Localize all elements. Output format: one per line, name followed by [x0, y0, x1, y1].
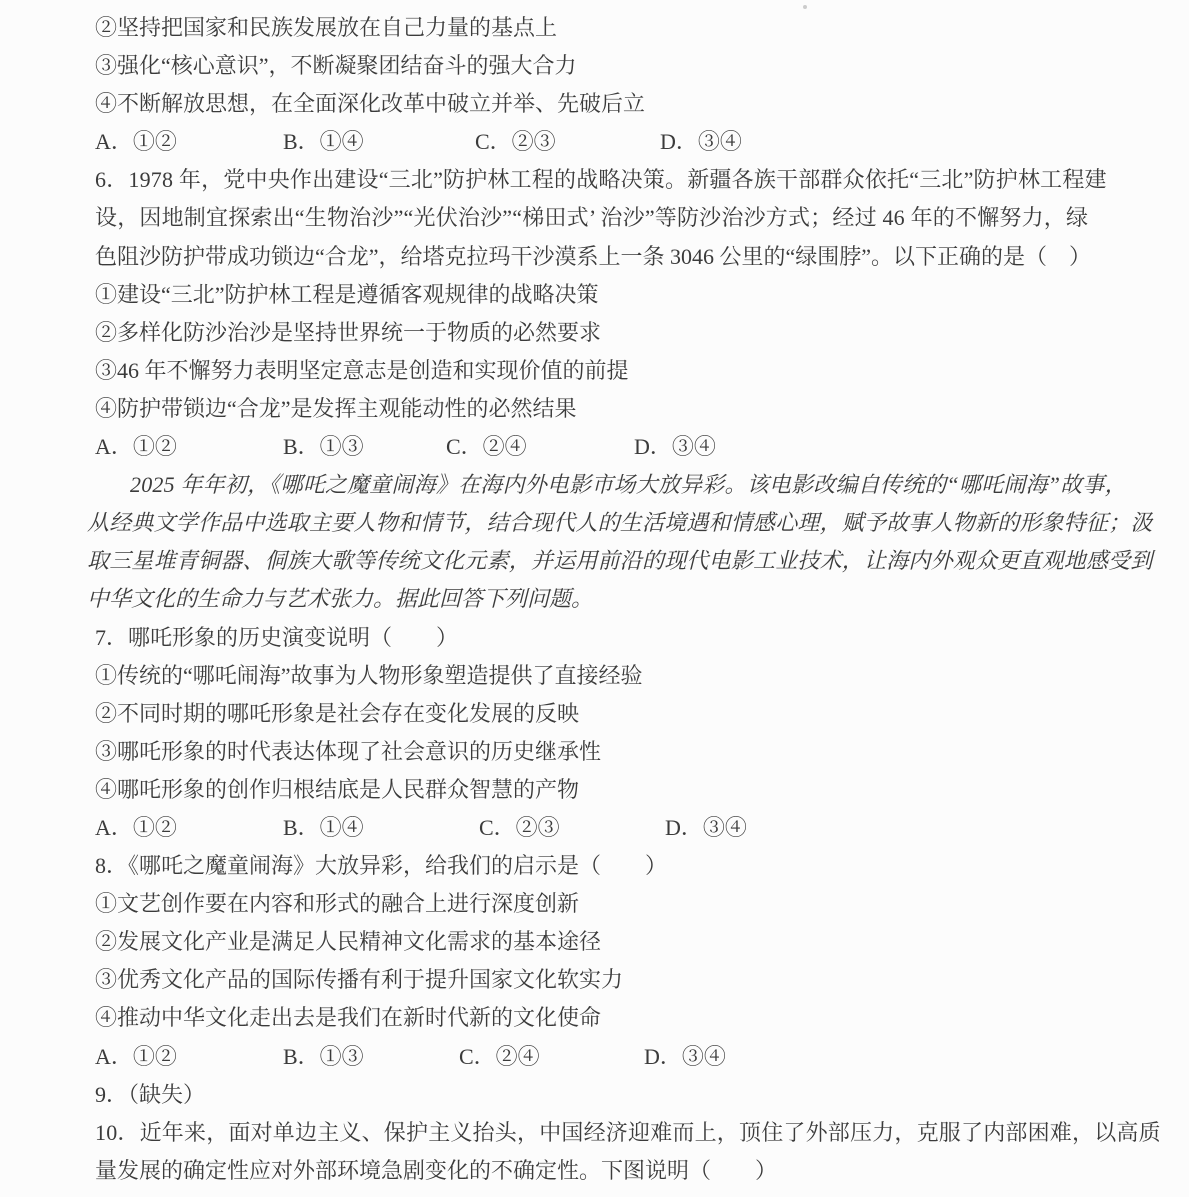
q5-option-c: C．②③ — [475, 123, 660, 161]
q7-option-b: B．①④ — [283, 809, 479, 847]
q8-statement-4: ④推动中华文化走出去是我们在新时代新的文化使命 — [95, 999, 1105, 1037]
q8-options-row: A．①② B．①③ C．②④ D．③④ — [95, 1038, 1105, 1076]
q7-stem: 7．哪吒形象的历史演变说明（ ） — [95, 619, 1105, 657]
q7-statement-3: ③哪吒形象的时代表达体现了社会意识的历史继承性 — [95, 733, 1105, 771]
exam-page: ②坚持把国家和民族发展放在自己力量的基点上 ③强化“核心意识”，不断凝聚团结奋斗… — [95, 9, 1105, 1190]
passage-line-1: 2025 年年初，《哪吒之魔童闹海》在海内外电影市场大放异彩。该电影改编自传统的… — [87, 466, 1107, 504]
q7-option-c: C．②③ — [479, 809, 665, 847]
q5-option-a: A．①② — [95, 123, 283, 161]
q8-option-a: A．①② — [95, 1038, 283, 1076]
q5-option-d: D．③④ — [660, 123, 1105, 161]
q7-options-row: A．①② B．①④ C．②③ D．③④ — [95, 809, 1105, 847]
q6-stem-line-3: 色阻沙防护带成功锁边“合龙”，给塔克拉玛干沙漠系上一条 3046 公里的“绿围脖… — [95, 238, 1105, 276]
q6-statement-3: ③46 年不懈努力表明坚定意志是创造和实现价值的前提 — [95, 352, 1105, 390]
q6-statement-1: ①建设“三北”防护林工程是遵循客观规律的战略决策 — [95, 276, 1105, 314]
q6-stem-line-2: 设，因地制宜探索出“生物治沙”“光伏治沙”“梯田式’ 治沙”等防沙治沙方式；经过… — [95, 199, 1105, 237]
q6-option-d: D．③④ — [634, 428, 1105, 466]
q10-stem-line-2: 量发展的确定性应对外部环境急剧变化的不确定性。下图说明（ ） — [95, 1152, 1105, 1190]
q8-stem: 8．《哪吒之魔童闹海》大放异彩，给我们的启示是（ ） — [95, 847, 1105, 885]
q5-option-b: B．①④ — [283, 123, 475, 161]
passage-line-4: 中华文化的生命力与艺术张力。据此回答下列问题。 — [87, 580, 1107, 618]
q7-option-a: A．①② — [95, 809, 283, 847]
q7-option-d: D．③④ — [665, 809, 1105, 847]
q6-option-b: B．①③ — [283, 428, 446, 466]
q8-statement-2: ②发展文化产业是满足人民精神文化需求的基本途径 — [95, 923, 1105, 961]
q6-option-c: C．②④ — [446, 428, 634, 466]
q8-option-c: C．②④ — [459, 1038, 644, 1076]
passage-line-3: 取三星堆青铜器、侗族大歌等传统文化元素，并运用前沿的现代电影工业技术，让海内外观… — [87, 542, 1107, 580]
q6-statement-2: ②多样化防沙治沙是坚持世界统一于物质的必然要求 — [95, 314, 1105, 352]
q7-statement-2: ②不同时期的哪吒形象是社会存在变化发展的反映 — [95, 695, 1105, 733]
q5-statement-3: ③强化“核心意识”，不断凝聚团结奋斗的强大合力 — [95, 47, 1105, 85]
q6-option-a: A．①② — [95, 428, 283, 466]
q5-statement-2: ②坚持把国家和民族发展放在自己力量的基点上 — [95, 9, 1105, 47]
q5-options-row: A．①② B．①④ C．②③ D．③④ — [95, 123, 1105, 161]
q8-option-b: B．①③ — [283, 1038, 459, 1076]
q8-statement-1: ①文艺创作要在内容和形式的融合上进行深度创新 — [95, 885, 1105, 923]
q7-statement-1: ①传统的“哪吒闹海”故事为人物形象塑造提供了直接经验 — [95, 657, 1105, 695]
q8-option-d: D．③④ — [644, 1038, 1105, 1076]
q7-statement-4: ④哪吒形象的创作归根结底是人民群众智慧的产物 — [95, 771, 1105, 809]
q9-stem: 9．（缺失） — [95, 1076, 1105, 1114]
q6-options-row: A．①② B．①③ C．②④ D．③④ — [95, 428, 1105, 466]
q5-statement-4: ④不断解放思想，在全面深化改革中破立并举、先破后立 — [95, 85, 1105, 123]
passage-line-2: 从经典文学作品中选取主要人物和情节，结合现代人的生活境遇和情感心理，赋予故事人物… — [87, 504, 1107, 542]
q6-stem-line-1: 6．1978 年，党中央作出建设“三北”防护林工程的战略决策。新疆各族干部群众依… — [95, 161, 1105, 199]
q10-stem-line-1: 10．近年来，面对单边主义、保护主义抬头，中国经济迎难而上，顶住了外部压力，克服… — [95, 1114, 1105, 1152]
q8-statement-3: ③优秀文化产品的国际传播有利于提升国家文化软实力 — [95, 961, 1105, 999]
q6-statement-4: ④防护带锁边“合龙”是发挥主观能动性的必然结果 — [95, 390, 1105, 428]
